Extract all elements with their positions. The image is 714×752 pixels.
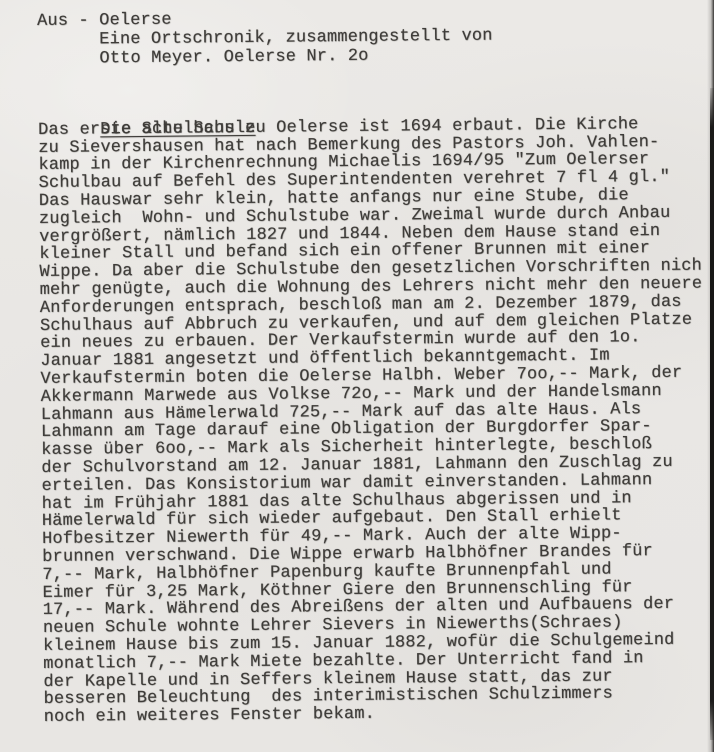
document-page: Aus - Oelerse Eine Ortschronik, zusammen… (0, 0, 714, 752)
typed-text-block: Aus - Oelerse Eine Ortschronik, zusammen… (37, 6, 714, 726)
scan-edge-right (710, 88, 714, 740)
typed-line: noch ein weiteres Fenster bekam. (44, 702, 714, 726)
